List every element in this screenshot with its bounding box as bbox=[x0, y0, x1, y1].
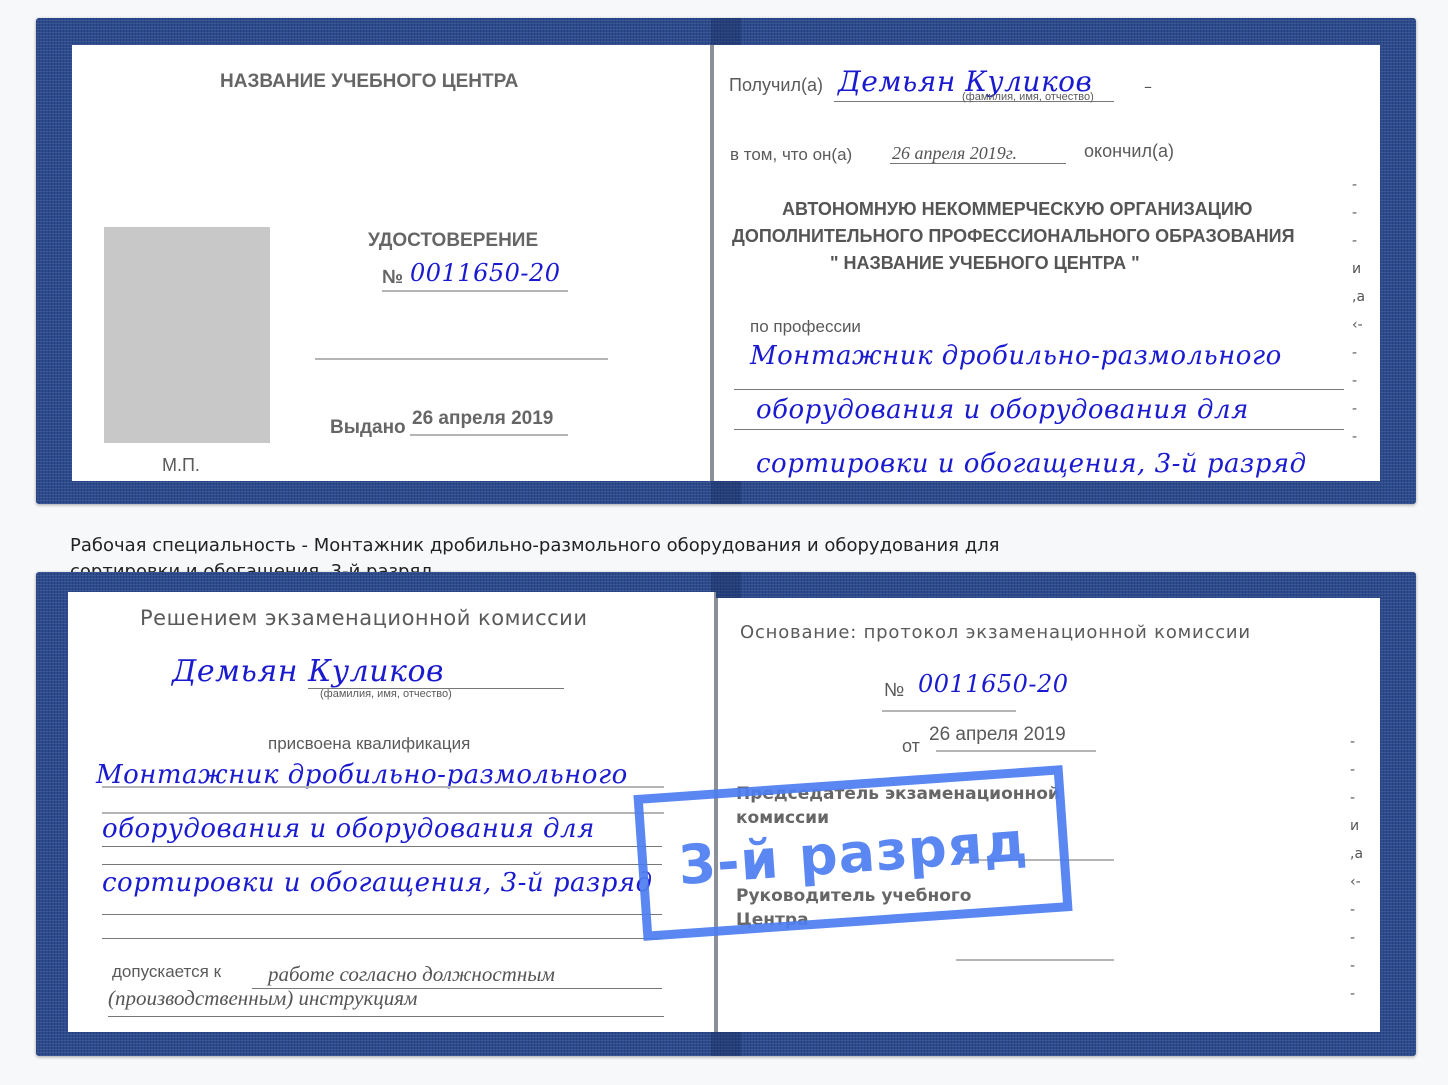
number-underline bbox=[382, 290, 568, 292]
completion-underline bbox=[890, 163, 1066, 164]
top-left-page: НАЗВАНИЕ УЧЕБНОГО ЦЕНТРА УДОСТОВЕРЕНИЕ №… bbox=[72, 45, 712, 481]
stamp-place-label: М.П. bbox=[162, 455, 200, 476]
protocol-number: 0011650-20 bbox=[918, 670, 1069, 698]
profession-rule-1 bbox=[734, 389, 1344, 390]
admitted-label: допускается к bbox=[112, 962, 221, 982]
photo-placeholder bbox=[104, 227, 270, 443]
person-name-hint: (фамилия, имя, отчество) bbox=[320, 688, 452, 700]
person-name: Демьян Куликов bbox=[172, 654, 444, 689]
decision-title: Решением экзаменационной комиссии bbox=[140, 606, 587, 630]
number-prefix: № bbox=[382, 267, 403, 289]
certificate-number: 0011650-20 bbox=[410, 259, 561, 287]
qualification-rule-4 bbox=[102, 864, 662, 865]
protocol-date-underline bbox=[936, 750, 1096, 752]
profession-line-1: Монтажник дробильно-размольного bbox=[750, 341, 1282, 371]
qualification-rule-1 bbox=[102, 786, 664, 788]
bottom-left-page: Решением экзаменационной комиссии Демьян… bbox=[68, 592, 716, 1032]
org-line-2: ДОПОЛНИТЕЛЬНОГО ПРОФЕССИОНАЛЬНОГО ОБРАЗО… bbox=[732, 226, 1295, 247]
issued-date: 26 апреля 2019 bbox=[412, 408, 553, 430]
received-label: Получил(а) bbox=[729, 75, 823, 96]
margin-marks: - - - и ,а ‹- - - - - bbox=[1352, 171, 1365, 451]
grade-stamp: 3-й разряд bbox=[633, 765, 1072, 941]
profession-line-2: оборудования и оборудования для bbox=[756, 395, 1249, 425]
top-right-page: Получил(а) Демьян Куликов – (фамилия, им… bbox=[712, 45, 1380, 481]
profession-rule-2 bbox=[734, 429, 1344, 430]
completed-label: окончил(а) bbox=[1084, 141, 1174, 162]
protocol-number-underline bbox=[882, 710, 1016, 712]
org-name: НАЗВАНИЕ УЧЕБНОГО ЦЕНТРА bbox=[220, 71, 518, 93]
protocol-date: 26 апреля 2019 bbox=[929, 724, 1066, 746]
profession-line-3: сортировки и обогащения, 3-й разряд bbox=[756, 449, 1307, 479]
qualification-line-3: сортировки и обогащения, 3-й разряд bbox=[102, 868, 653, 898]
admitted-rule-2 bbox=[108, 1016, 664, 1017]
qualification-rule-6 bbox=[102, 938, 662, 939]
protocol-number-prefix: № bbox=[884, 680, 904, 702]
head-signature-line bbox=[956, 959, 1114, 961]
qualification-line-2: оборудования и оборудования для bbox=[102, 814, 595, 844]
protocol-date-prefix: от bbox=[902, 736, 920, 757]
org-line-1: АВТОНОМНУЮ НЕКОММЕРЧЕСКУЮ ОРГАНИЗАЦИЮ bbox=[782, 199, 1252, 220]
basis-title: Основание: протокол экзаменационной коми… bbox=[740, 622, 1251, 643]
admitted-line-1: работе согласно должностным bbox=[268, 962, 555, 987]
admitted-line-2: (производственным) инструкциям bbox=[108, 986, 417, 1011]
issued-label: Выдано bbox=[330, 417, 406, 439]
completion-date: 26 апреля 2019г. bbox=[892, 143, 1017, 164]
profession-label: по профессии bbox=[750, 317, 861, 337]
qualification-rule-3 bbox=[102, 846, 662, 847]
margin-marks-bottom: - - - и ,а ‹- - - - - bbox=[1350, 728, 1363, 1008]
org-line-3: " НАЗВАНИЕ УЧЕБНОГО ЦЕНТРА " bbox=[830, 253, 1140, 274]
qualification-rule-5 bbox=[102, 914, 662, 915]
recipient-dash: – bbox=[1144, 77, 1152, 96]
that-label: в том, что он(а) bbox=[730, 145, 852, 165]
grade-stamp-text: 3-й разряд bbox=[676, 809, 1030, 896]
doc-title: УДОСТОВЕРЕНИЕ bbox=[368, 230, 538, 252]
issued-underline bbox=[410, 434, 568, 436]
qualification-label: присвоена квалификация bbox=[268, 734, 470, 754]
signature-line bbox=[315, 358, 608, 360]
name-hint: (фамилия, имя, отчество) bbox=[962, 91, 1094, 103]
